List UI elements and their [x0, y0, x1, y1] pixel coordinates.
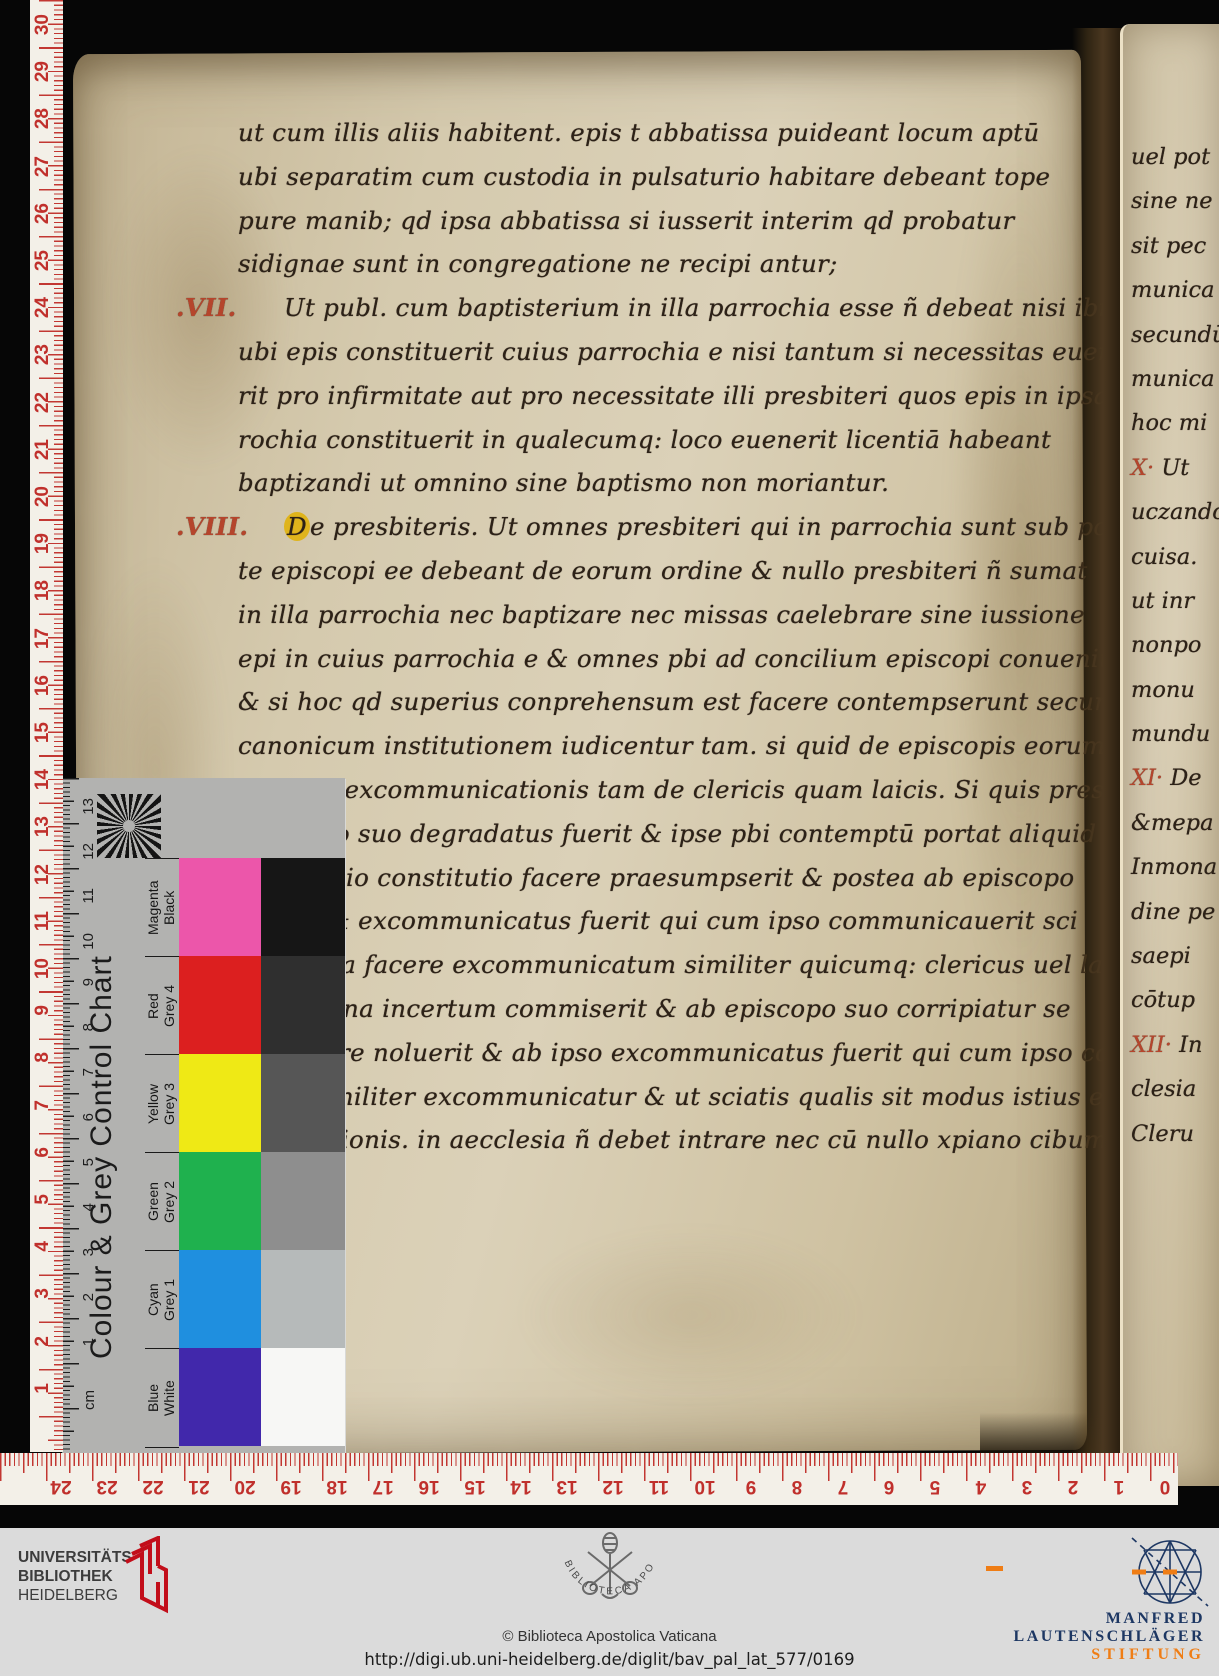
ruler-number: 21	[33, 439, 52, 460]
chart-color-label: Blue	[146, 1349, 160, 1447]
manuscript-line: rochia constituerit in qualecumq: loco e…	[238, 425, 1098, 469]
facing-page-line: XI· De	[1131, 765, 1219, 809]
ruler-number: 24	[33, 297, 52, 318]
ruler-number: 16	[417, 1477, 441, 1496]
stiftung-wordmark: MANFRED LAUTENSCHLÄGER STIFTUNG	[1014, 1610, 1205, 1664]
ruler-number: 7	[33, 1100, 52, 1111]
manuscript-line: suo officio constitutio facere praesumps…	[238, 863, 1098, 907]
chart-ruler-number: 8	[81, 1023, 96, 1031]
ruler-number: 30	[33, 14, 52, 35]
facing-page-text: uel potsine nesit pecmunicasecundūmunica…	[1131, 144, 1219, 1165]
ruler-number: 20	[233, 1477, 257, 1496]
color-patch	[179, 1152, 261, 1250]
ruler-number: 3	[1015, 1477, 1039, 1496]
manuscript-line: reptus & excommunicatus fuerit qui cum i…	[238, 906, 1098, 950]
ruler-number: 9	[33, 1005, 52, 1016]
ruler-number: 4	[969, 1477, 993, 1496]
stiftung-line3: STIFTUNG	[1014, 1646, 1205, 1664]
chart-grey-label: White	[162, 1349, 176, 1447]
facing-page-line: uel pot	[1131, 144, 1219, 188]
ruler-number: 17	[33, 628, 52, 649]
facing-page-line: ut inr	[1131, 588, 1219, 632]
facing-page-line: cuisa.	[1131, 544, 1219, 588]
decorated-initial: D	[284, 512, 310, 541]
manuscript-line: municationis. in aecclesia ñ debet intra…	[238, 1125, 1098, 1169]
facing-page-line: nonpo	[1131, 632, 1219, 676]
grey-patch	[261, 956, 345, 1054]
left-cm-ruler: 3029282726252423222120191817161514131211…	[30, 0, 63, 1452]
ruler-number: 14	[509, 1477, 533, 1496]
ruler-number: 6	[33, 1147, 52, 1158]
manuscript-line: episcopo suo degradatus fuerit & ipse pb…	[238, 819, 1098, 863]
chapter-numeral: XII·	[1131, 1032, 1179, 1058]
ruler-number: 0	[1153, 1477, 1177, 1496]
facing-page-line: monu	[1131, 677, 1219, 721]
chart-ruler-number: 7	[81, 1068, 96, 1076]
chart-ruler-number: 3	[81, 1248, 96, 1256]
manuscript-line: te episcopi ee debeant de eorum ordine &…	[238, 556, 1098, 600]
ruler-number: 20	[33, 486, 52, 507]
facing-page-line: uczando	[1131, 499, 1219, 543]
color-patch	[179, 1250, 261, 1348]
vatican-emblem-text: BIBLIOTECA APOSTOLICA VATICANA	[552, 1530, 658, 1597]
ruler-number: 1	[1107, 1477, 1131, 1496]
color-control-chart: Colour & Grey Control Chart cm 131211109…	[63, 778, 345, 1454]
manuscript-line: aut femina incertum commiserit & ab epis…	[238, 994, 1098, 1038]
ruler-number: 16	[33, 675, 52, 696]
ruler-number: 8	[785, 1477, 809, 1496]
ruler-number: 19	[279, 1477, 303, 1496]
chart-color-label: Red	[146, 957, 160, 1055]
chapter-numeral: .VIII.	[176, 512, 248, 541]
ruler-number: 11	[647, 1477, 671, 1496]
facing-page-line: Cleru	[1131, 1121, 1219, 1165]
manuscript-line: .VII.Ut publ. cum baptisterium in illa p…	[238, 293, 1098, 337]
color-patch	[179, 956, 261, 1054]
manuscript-line: nicat similiter excommunicatur & ut scia…	[238, 1082, 1098, 1126]
facing-page-line: cōtup	[1131, 987, 1219, 1031]
chart-title: Colour & Grey Control Chart	[85, 866, 119, 1448]
ruler-number: 12	[601, 1477, 625, 1496]
color-patch	[179, 1348, 261, 1446]
manuscript-line: at se uita facere excommunicatum similit…	[238, 950, 1098, 994]
chart-grey-label: Black	[162, 859, 176, 957]
manuscript-line: sidignae sunt in congregatione ne recipi…	[238, 249, 1098, 293]
chart-color-label: Yellow	[146, 1055, 160, 1153]
facing-page-line: hoc mi	[1131, 410, 1219, 454]
ruler-number: 17	[371, 1477, 395, 1496]
ruler-number: 8	[33, 1052, 52, 1063]
starburst-icon	[97, 794, 161, 858]
chart-ruler-number: 1	[81, 1338, 96, 1346]
grey-patch	[261, 1348, 345, 1446]
chart-row-labels: RedGrey 4	[145, 956, 179, 1055]
ruler-number: 7	[831, 1477, 855, 1496]
facing-page-line: clesia	[1131, 1076, 1219, 1120]
manuscript-line: & si hoc qd superius conprehensum est fa…	[238, 687, 1098, 731]
manuscript-line: ubi separatim cum custodia in pulsaturio…	[238, 162, 1098, 206]
ruler-number: 23	[33, 344, 52, 365]
bottom-cm-ruler: 2423222120191817161514131211109876543210	[0, 1453, 1178, 1505]
ruler-number: 1	[33, 1383, 52, 1394]
stiftung-line2: LAUTENSCHLÄGER	[1014, 1628, 1205, 1646]
footer-bar: UNIVERSITÄTS- BIBLIOTHEK HEIDELBERG	[0, 1528, 1219, 1676]
manuscript-text-block: ut cum illis aliis habitent. epis t abba…	[238, 118, 1098, 1169]
ruler-number: 27	[33, 156, 52, 177]
chart-ruler-number: 4	[81, 1203, 96, 1211]
manuscript-line: pure manib; qd ipsa abbatissa si iusseri…	[238, 206, 1098, 250]
ruler-number: 26	[33, 203, 52, 224]
ruler-number: 6	[877, 1477, 901, 1496]
chart-row-labels: YellowGrey 3	[145, 1054, 179, 1153]
ruler-number: 9	[739, 1477, 763, 1496]
chapter-numeral: X·	[1131, 455, 1161, 481]
chart-ruler-number: 9	[81, 978, 96, 986]
manuscript-line: .VIII.De presbiteris. Ut omnes presbiter…	[238, 512, 1098, 556]
manuscript-line: ut cum illis aliis habitent. epis t abba…	[238, 118, 1098, 162]
facing-page-line: munica	[1131, 366, 1219, 410]
ruler-number: 19	[33, 533, 52, 554]
ruler-number: 2	[1061, 1477, 1085, 1496]
chapter-numeral: .VII.	[176, 293, 237, 322]
grey-patch	[261, 858, 345, 956]
ruler-number: 22	[141, 1477, 165, 1496]
grey-patch	[261, 1250, 345, 1348]
book-gutter	[1072, 28, 1122, 1460]
chart-ruler-number: 2	[81, 1293, 96, 1301]
ruler-number: 5	[33, 1194, 52, 1205]
chart-color-label: Magenta	[146, 859, 160, 957]
chart-row-labels: GreenGrey 2	[145, 1152, 179, 1251]
facing-page-line: &mepa	[1131, 810, 1219, 854]
ruler-number: 14	[33, 769, 52, 790]
ub-heidelberg-logo-icon	[118, 1536, 176, 1614]
color-patch	[179, 858, 261, 956]
ruler-number: 12	[33, 864, 52, 885]
chart-grey-label: Grey 3	[162, 1055, 176, 1153]
facing-page-line: Inmona	[1131, 854, 1219, 898]
manuscript-line: baptizandi ut omnino sine baptismo non m…	[238, 468, 1098, 512]
ruler-number: 29	[33, 61, 52, 82]
manuscript-line: canonicum institutionem iudicentur tam. …	[238, 731, 1098, 775]
chart-ruler-number: 6	[81, 1113, 96, 1121]
chapter-numeral: XI·	[1131, 765, 1170, 791]
chart-ruler-number: 12	[81, 843, 96, 860]
ruler-number: 3	[33, 1288, 52, 1299]
ruler-number: 13	[33, 816, 52, 837]
ruler-number: 10	[693, 1477, 717, 1496]
facing-page-line: X· Ut	[1131, 455, 1219, 499]
ruler-number: 10	[33, 958, 52, 979]
ruler-number: 23	[95, 1477, 119, 1496]
ruler-number: 22	[33, 392, 52, 413]
ruler-number: 28	[33, 108, 52, 129]
ruler-number: 15	[33, 722, 52, 743]
manuscript-line: ubi epis constituerit cuius parrochia e …	[238, 337, 1098, 381]
chart-row-labels: CyanGrey 1	[145, 1250, 179, 1349]
chart-row-labels: MagentaBlack	[145, 858, 179, 957]
chart-ruler-number: 5	[81, 1158, 96, 1166]
facing-page-line: saepi	[1131, 943, 1219, 987]
facing-page-line: secundū	[1131, 322, 1219, 366]
stiftung-dash-icon	[986, 1566, 1003, 1571]
digitized-manuscript-viewer: ut cum illis aliis habitent. epis t abba…	[0, 0, 1219, 1676]
vatican-library-emblem-icon: BIBLIOTECA APOSTOLICA VATICANA	[552, 1530, 668, 1628]
facing-page-line: sit pec	[1131, 233, 1219, 277]
manuscript-line: e modis excommunicationis tam de clerici…	[238, 775, 1098, 819]
manuscript-line: in illa parrochia nec baptizare nec miss…	[238, 600, 1098, 644]
color-patch	[179, 1054, 261, 1152]
facing-page-line: munica	[1131, 277, 1219, 321]
grey-patch	[261, 1152, 345, 1250]
ruler-number: 18	[325, 1477, 349, 1496]
ruler-number: 24	[49, 1477, 73, 1496]
ruler-number: 18	[33, 580, 52, 601]
facing-page-line: sine ne	[1131, 188, 1219, 232]
lautenschlaeger-stiftung-logo-icon	[1122, 1536, 1214, 1608]
manuscript-line: rit pro infirmitate aut pro necessitate …	[238, 381, 1098, 425]
chart-ruler	[63, 778, 81, 1454]
facing-page-line: dine pe	[1131, 899, 1219, 943]
ruler-number: 25	[33, 250, 52, 271]
ruler-number: 13	[555, 1477, 579, 1496]
ruler-number: 11	[33, 911, 52, 931]
ruler-number: 15	[463, 1477, 487, 1496]
chart-ruler-number: 11	[81, 888, 96, 904]
chart-color-label: Green	[146, 1153, 160, 1251]
facing-page-sliver: uel potsine nesit pecmunicasecundūmunica…	[1120, 24, 1219, 1486]
manuscript-line: emendare noluerit & ab ipso excommunicat…	[238, 1038, 1098, 1082]
svg-text:BIBLIOTECA APOSTOLICA VATICANA: BIBLIOTECA APOSTOLICA VATICANA	[552, 1530, 658, 1597]
facing-page-line: mundu	[1131, 721, 1219, 765]
chart-color-label: Cyan	[146, 1251, 160, 1349]
facing-page-line: XII· In	[1131, 1032, 1219, 1076]
ruler-number: 2	[33, 1336, 52, 1347]
chart-grey-label: Grey 2	[162, 1153, 176, 1251]
chart-grey-label: Grey 4	[162, 957, 176, 1055]
ruler-number: 4	[33, 1241, 52, 1252]
chart-ruler-number: 13	[81, 798, 96, 815]
ruler-number: 5	[923, 1477, 947, 1496]
chart-grey-label: Grey 1	[162, 1251, 176, 1349]
ruler-number: 21	[187, 1477, 211, 1496]
manuscript-line: epi in cuius parrochia e & omnes pbi ad …	[238, 644, 1098, 688]
chart-ruler-number: 10	[81, 933, 96, 950]
chart-row-labels: BlueWhite	[145, 1348, 179, 1448]
stiftung-line1: MANFRED	[1014, 1610, 1205, 1628]
grey-patch	[261, 1054, 345, 1152]
chart-unit-label: cm	[81, 1390, 98, 1410]
